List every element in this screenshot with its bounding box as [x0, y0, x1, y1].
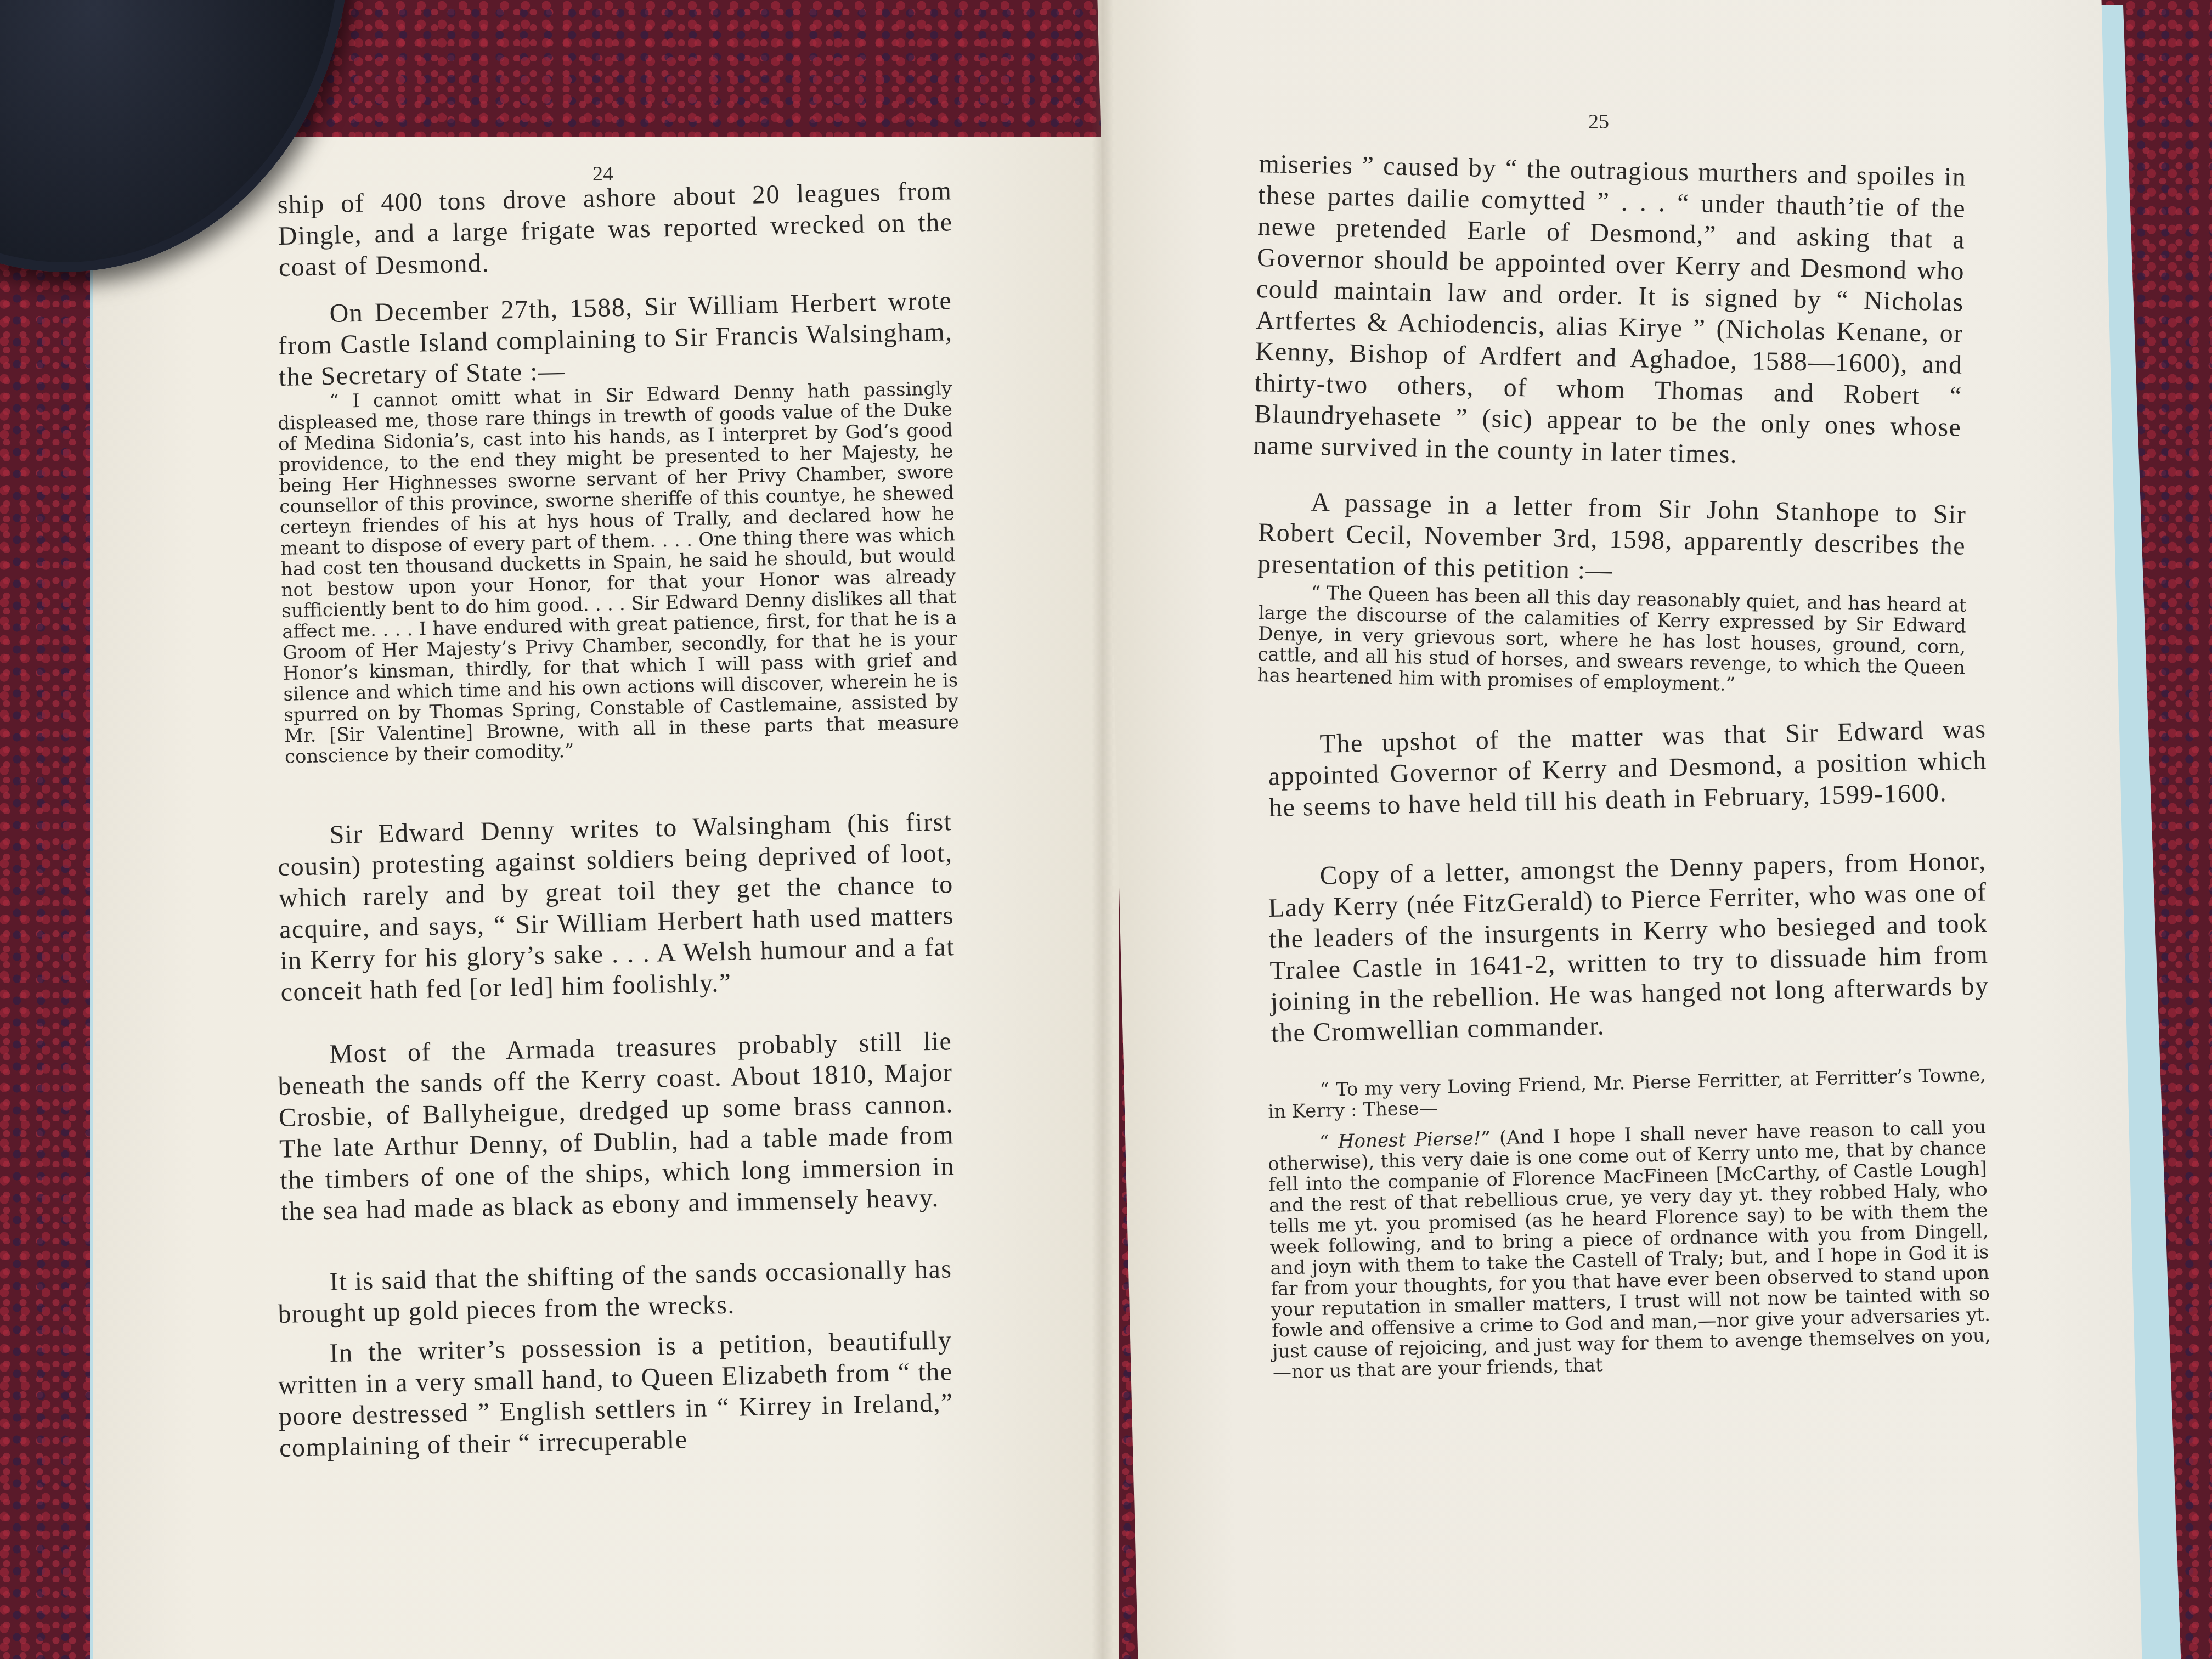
book-gutter: [1092, 0, 1114, 1659]
paragraph: miseries ” caused by “ the outragious mu…: [1253, 148, 1967, 475]
paragraph: On December 27th, 1588, Sir William Herb…: [277, 285, 953, 393]
paragraph: In the writer’s possession is a petition…: [277, 1324, 955, 1464]
paragraph: The upshot of the matter was that Sir Ed…: [1267, 713, 1988, 823]
letter-text: (And I hope I shall never have reason to…: [1268, 1116, 1991, 1384]
paragraph: Sir Edward Denny writes to Walsingham (h…: [277, 806, 956, 1008]
block-quote: “ I cannot omitt what in Sir Edward Denn…: [277, 378, 960, 768]
paragraph: ship of 400 tons drove ashore about 20 l…: [277, 175, 953, 283]
letter-body: “ Honest Pierse!” (And I hope I shall ne…: [1267, 1116, 1991, 1383]
paragraph: Most of the Armada treasures probably st…: [277, 1025, 956, 1227]
page-number-right: 25: [1588, 110, 1609, 134]
paragraph: Copy of a letter, amongst the Denny pape…: [1267, 845, 1990, 1049]
block-quote: “ The Queen has been all this day reason…: [1257, 582, 1966, 699]
paragraph: A passage in a letter from Sir John Stan…: [1257, 486, 1967, 593]
